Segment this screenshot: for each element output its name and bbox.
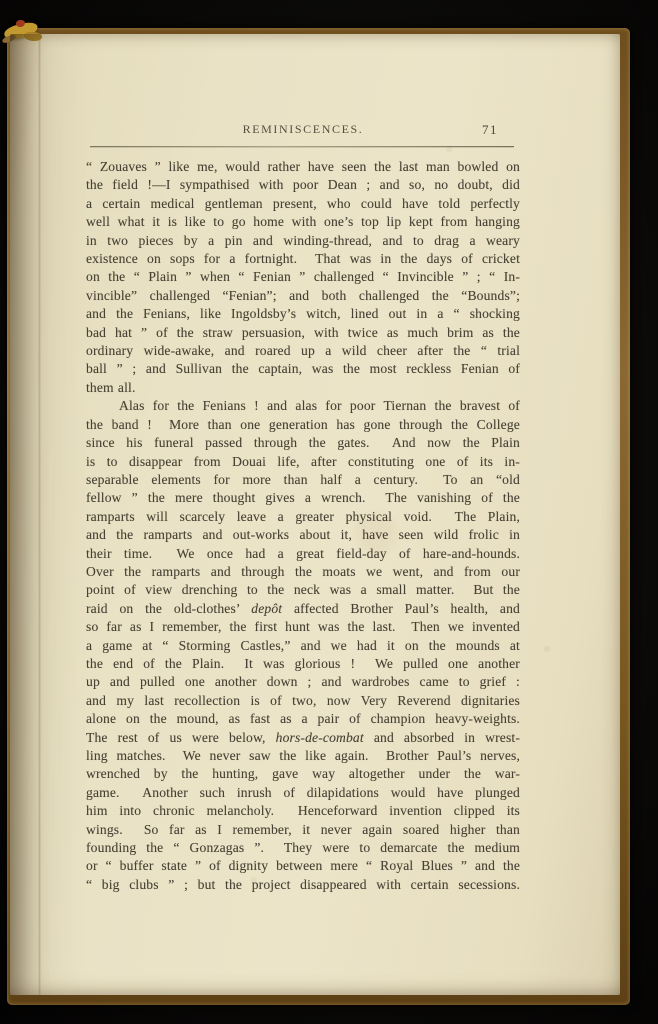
text-line: founding the “ Gonzagas ”. They were to … (86, 839, 520, 857)
text-line: a certain medical gentleman present, who… (86, 195, 520, 213)
text-line: vincible” challenged “Fenian”; and both … (86, 287, 520, 305)
text-line: well what it is like to go home with one… (86, 213, 520, 231)
text-line: fellow ” the mere thought gives a wrench… (86, 489, 520, 507)
text-line: and the Fenians, like Ingoldsby’s witch,… (86, 305, 520, 323)
text-block: “ Zouaves ” like me, would rather have s… (86, 158, 520, 894)
paragraph-2: Alas for the Fenians ! and alas for poor… (86, 397, 520, 894)
text-line: him into chronic melancholy. Henceforwar… (86, 802, 520, 820)
text-line: ramparts will scarcely leave a greater p… (86, 508, 520, 526)
text-line: the end of the Plain. It was glorious ! … (86, 655, 520, 673)
header-rule (90, 146, 514, 147)
text-line: and the ramparts and out-works about it,… (86, 526, 520, 544)
text-line: The rest of us were below, hors-de-comba… (86, 729, 520, 747)
text-line: point of view drenching to the neck was … (86, 581, 520, 599)
page-header-title: REMINISCENCES. (86, 122, 520, 137)
text-line: Alas for the Fenians ! and alas for poor… (86, 397, 520, 415)
text-line: so far as I remember, the first hunt was… (86, 618, 520, 636)
page-number: 71 (482, 122, 498, 138)
gutter-crease (38, 34, 41, 995)
text-line: Over the ramparts and through the moats … (86, 563, 520, 581)
paragraph-1: “ Zouaves ” like me, would rather have s… (86, 158, 520, 397)
text-line: game. Another such inrush of dilapidatio… (86, 784, 520, 802)
text-line: ball ” ; and Sullivan the captain, was t… (86, 360, 520, 378)
text-line: them all. (86, 379, 520, 397)
text-line: or “ buffer state ” of dignity between m… (86, 857, 520, 875)
text-line: and my last recollection is of two, now … (86, 692, 520, 710)
text-line: is to disappear from Douai life, after c… (86, 453, 520, 471)
text-line: the band ! More than one generation has … (86, 416, 520, 434)
text-line: their time. We once had a great field-da… (86, 545, 520, 563)
book-page: REMINISCENCES. 71 “ Zouaves ” like me, w… (10, 34, 620, 995)
text-line: “ big clubs ” ; but the project disappea… (86, 876, 520, 894)
text-line: in two pieces by a pin and winding-threa… (86, 232, 520, 250)
photo-backdrop: REMINISCENCES. 71 “ Zouaves ” like me, w… (0, 0, 658, 1024)
text-line: raid on the old-clothes’ depôt affected … (86, 600, 520, 618)
text-line: “ Zouaves ” like me, would rather have s… (86, 158, 520, 176)
text-line: ling matches. We never saw the like agai… (86, 747, 520, 765)
text-line: wrenched by the hunting, gave way altoge… (86, 765, 520, 783)
text-line: ordinary wide-awake, and roared up a wil… (86, 342, 520, 360)
text-line: alone on the mound, as fast as a pair of… (86, 710, 520, 728)
text-line: since his funeral passed through the gat… (86, 434, 520, 452)
binding-fray (16, 20, 25, 27)
text-line: bad hat ” of the straw persuasion, with … (86, 324, 520, 342)
running-header: REMINISCENCES. 71 (86, 122, 520, 138)
text-line: wings. So far as I remember, it never ag… (86, 821, 520, 839)
text-line: separable elements for more than half a … (86, 471, 520, 489)
text-line: on the “ Plain ” when “ Fenian ” challen… (86, 268, 520, 286)
text-line: the field !—I sympathised with poor Dean… (86, 176, 520, 194)
text-line: up and pulled one another down ; and war… (86, 673, 520, 691)
text-line: existence on sops for a fortnight. That … (86, 250, 520, 268)
text-line: a game at “ Storming Castles,” and we ha… (86, 637, 520, 655)
